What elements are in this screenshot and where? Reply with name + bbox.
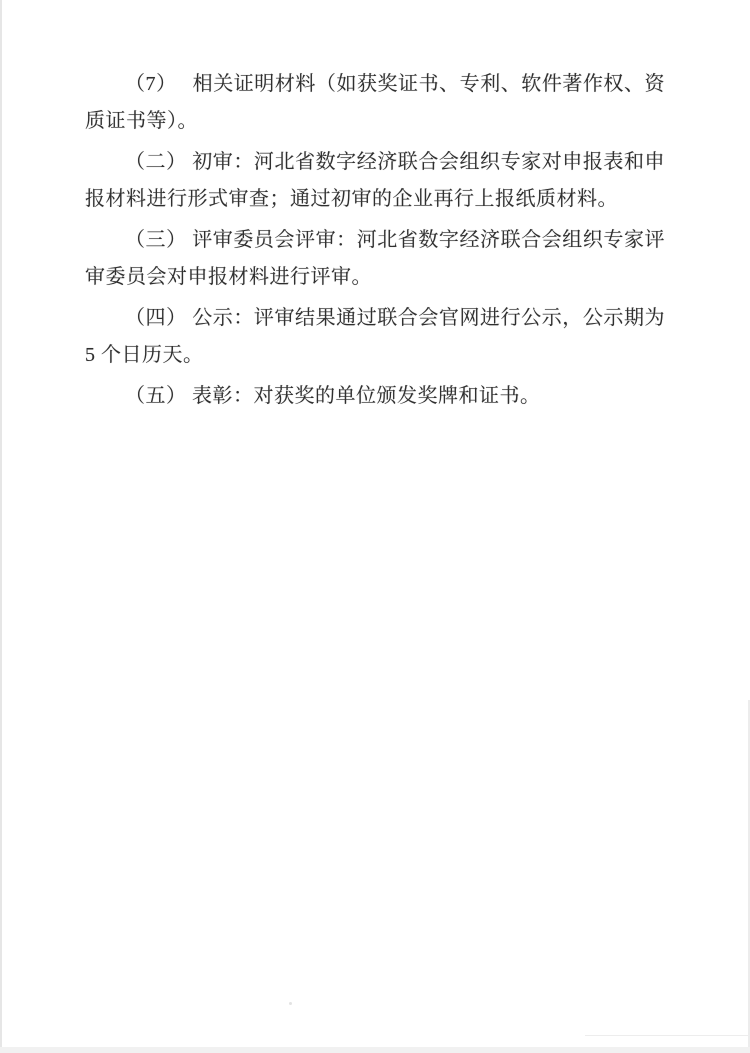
document-text-block: （7） 相关证明材料（如获奖证书、专利、软件著作权、资质证书等）。（二） 初审：… — [85, 66, 665, 419]
paragraph-line: （五） 表彰：对获奖的单位颁发奖牌和证书。 — [85, 378, 665, 415]
paragraph-section-2-preliminary-review: （二） 初审：河北省数字经济联合会组织专家对申报表和申报材料进行形式审查；通过初… — [85, 144, 665, 218]
paragraph-section-5-commendation: （五） 表彰：对获奖的单位颁发奖牌和证书。 — [85, 378, 665, 415]
scan-artifact-scratch — [585, 1035, 750, 1036]
scan-artifact-speck — [289, 1002, 292, 1005]
paragraph-section-4-publicity: （四） 公示：评审结果通过联合会官网进行公示，公示期为5 个日历天。 — [85, 300, 665, 374]
paragraph-line: 审委员会对申报材料进行评审。 — [85, 259, 665, 296]
paragraph-line: （四） 公示：评审结果通过联合会官网进行公示，公示期为 — [85, 300, 665, 337]
paragraph-line: 5 个日历天。 — [85, 337, 665, 374]
paragraph-section-3-committee-review: （三） 评审委员会评审：河北省数字经济联合会组织专家评审委员会对申报材料进行评审… — [85, 222, 665, 296]
scan-artifact-bottom-band — [0, 1047, 750, 1053]
scan-artifact-left-edge — [0, 0, 2, 1053]
paragraph-line: 质证书等）。 — [85, 103, 665, 140]
paragraph-item-7: （7） 相关证明材料（如获奖证书、专利、软件著作权、资质证书等）。 — [85, 66, 665, 140]
paragraph-line: （7） 相关证明材料（如获奖证书、专利、软件著作权、资 — [85, 66, 665, 103]
paragraph-line: （三） 评审委员会评审：河北省数字经济联合会组织专家评 — [85, 222, 665, 259]
paragraph-line: 报材料进行形式审查；通过初审的企业再行上报纸质材料。 — [85, 181, 665, 218]
paragraph-line: （二） 初审：河北省数字经济联合会组织专家对申报表和申 — [85, 144, 665, 181]
document-page: （7） 相关证明材料（如获奖证书、专利、软件著作权、资质证书等）。（二） 初审：… — [0, 0, 750, 1053]
